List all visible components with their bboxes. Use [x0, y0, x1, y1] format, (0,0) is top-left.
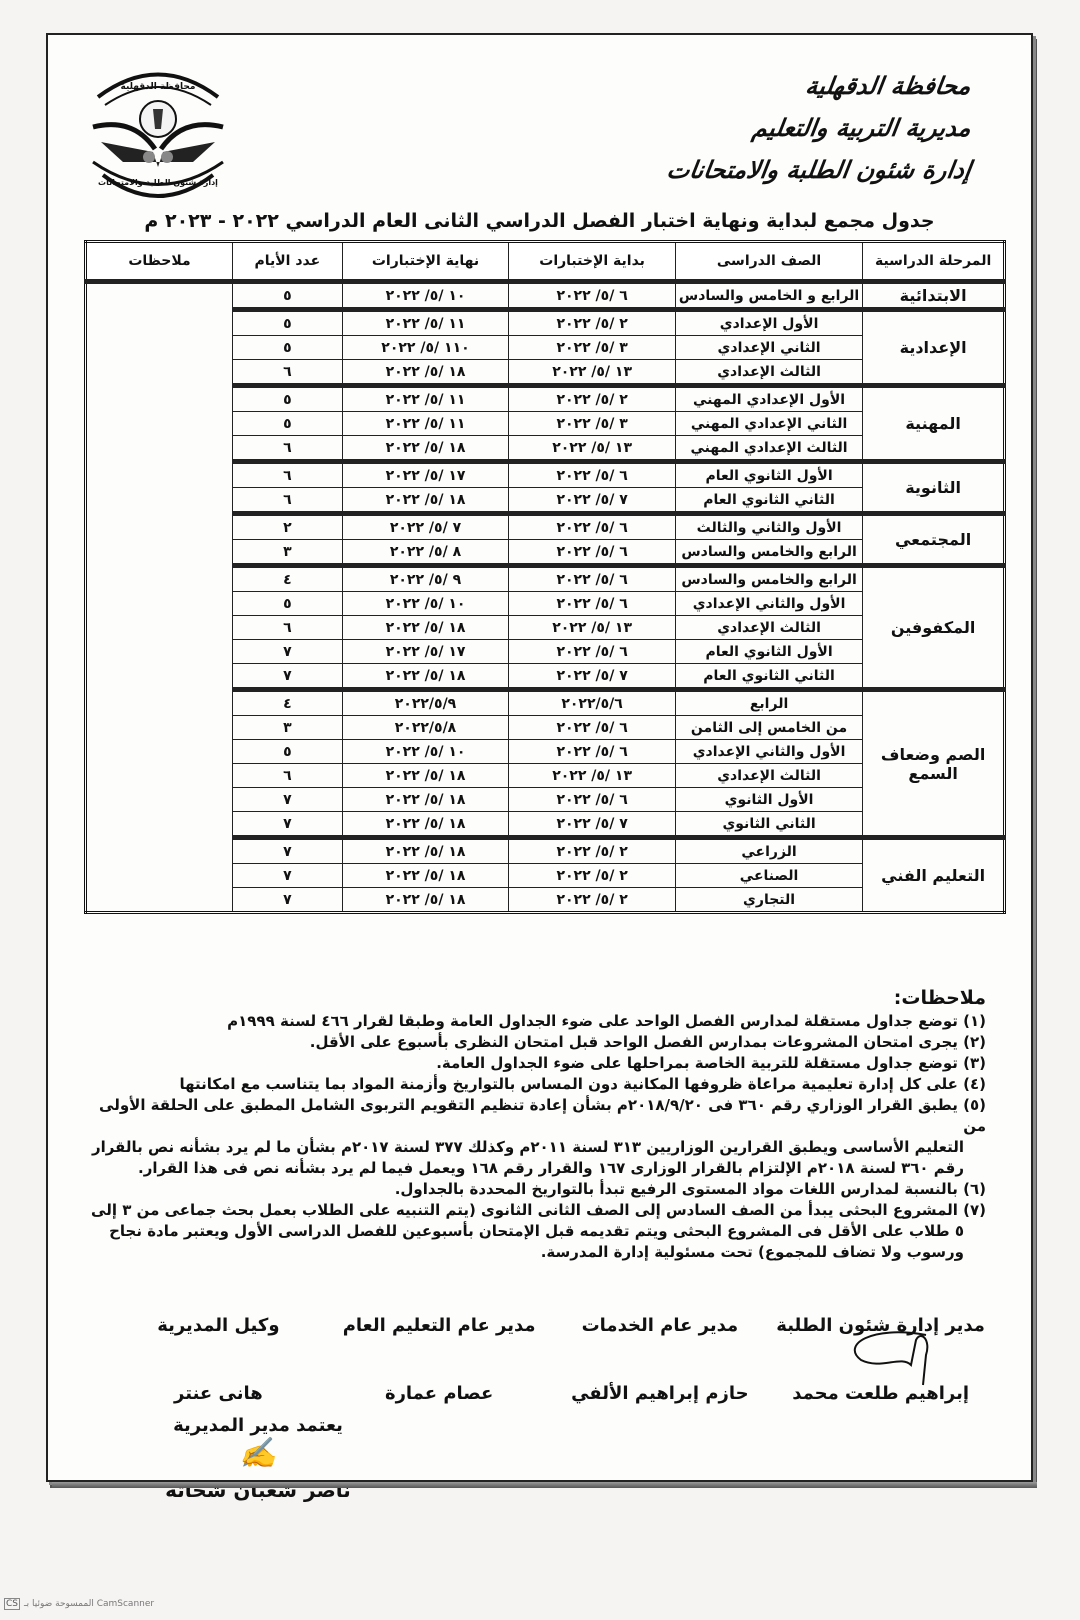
days-count-cell: ٤ [233, 690, 343, 716]
stage-cell: الإعدادية [863, 310, 1005, 386]
grade-cell: الأول الإعدادي [675, 310, 862, 336]
stage-cell: المجتمعي [863, 514, 1005, 566]
signatory-name-3: عصام عمارة [329, 1383, 550, 1404]
start-date-cell: ٧ /٥/ ٢٠٢٢ [509, 664, 676, 690]
grade-cell: الرابع و الخامس والسادس [675, 282, 862, 310]
start-date-cell: ١٣ /٥/ ٢٠٢٢ [509, 360, 676, 386]
end-date-cell: ١٨ /٥/ ٢٠٢٢ [342, 864, 509, 888]
grade-cell: الأول الإعدادي المهني [675, 386, 862, 412]
table-row: الابتدائيةالرابع و الخامس والسادس٦ /٥/ ٢… [86, 282, 1005, 310]
note-3: (٣) توضع جداول مستقلة للتربية الخاصة بمر… [86, 1053, 986, 1074]
days-count-cell: ٦ [233, 616, 343, 640]
grade-cell: الثاني الإعدادي [675, 336, 862, 360]
signatory-name-2: حازم إبراهيم الألفي [550, 1383, 771, 1404]
end-date-cell: ١٨ /٥/ ٢٠٢٢ [342, 888, 509, 913]
start-date-cell: ٦ /٥/ ٢٠٢٢ [509, 514, 676, 540]
grade-cell: من الخامس إلى الثامن [675, 716, 862, 740]
days-count-cell: ٦ [233, 764, 343, 788]
days-count-cell: ٥ [233, 592, 343, 616]
days-count-cell: ٦ [233, 360, 343, 386]
end-date-cell: ١١٠ /٥/ ٢٠٢٢ [342, 336, 509, 360]
col-header-stage: المرحلة الدراسية [863, 242, 1005, 282]
start-date-cell: ١٣ /٥/ ٢٠٢٢ [509, 436, 676, 462]
notes-heading: ملاحظات: [86, 988, 986, 1009]
note-5-cont-2: رقم ٣٦٠ لسنة ٢٠١٨م الإلتزام بالقرار الوز… [86, 1158, 986, 1179]
end-date-cell: ١٨ /٥/ ٢٠٢٢ [342, 764, 509, 788]
camscanner-logo-icon: CS [4, 1598, 20, 1610]
col-header-notes: ملاحظات [86, 242, 233, 282]
start-date-cell: ٣ /٥/ ٢٠٢٢ [509, 412, 676, 436]
grade-cell: الأول الثانوي العام [675, 462, 862, 488]
end-date-cell: ١٨ /٥/ ٢٠٢٢ [342, 664, 509, 690]
letterhead: محافظة الدقهلية مديرية التربية والتعليم … [667, 65, 971, 191]
end-date-cell: ١٧ /٥/ ٢٠٢٢ [342, 640, 509, 664]
grade-cell: التجاري [675, 888, 862, 913]
days-count-cell: ٦ [233, 462, 343, 488]
days-count-cell: ٥ [233, 336, 343, 360]
end-date-cell: ١٨ /٥/ ٢٠٢٢ [342, 838, 509, 864]
start-date-cell: ٦ /٥/ ٢٠٢٢ [509, 282, 676, 310]
grade-cell: الثالث الإعدادي [675, 764, 862, 788]
end-date-cell: ١٧ /٥/ ٢٠٢٢ [342, 462, 509, 488]
start-date-cell: ٣ /٥/ ٢٠٢٢ [509, 336, 676, 360]
grade-cell: الأول الثانوي العام [675, 640, 862, 664]
end-date-cell: ٧ /٥/ ٢٠٢٢ [342, 514, 509, 540]
grade-cell: الثاني الثانوي العام [675, 488, 862, 514]
days-count-cell: ٧ [233, 788, 343, 812]
stage-cell: المكفوفين [863, 566, 1005, 690]
start-date-cell: ١٣ /٥/ ٢٠٢٢ [509, 616, 676, 640]
grade-cell: الأول والثاني الإعدادي [675, 592, 862, 616]
approval-label: يعتمد مدير المديرية [158, 1415, 358, 1436]
document-page: محافظة الدقهلية مديرية التربية والتعليم … [46, 33, 1033, 1482]
days-count-cell: ٦ [233, 436, 343, 462]
grade-cell: الرابع [675, 690, 862, 716]
red-signature-icon: ✍ [158, 1436, 358, 1478]
start-date-cell: ٦ /٥/ ٢٠٢٢ [509, 566, 676, 592]
days-count-cell: ٥ [233, 310, 343, 336]
approval-name: ناصر شعبان شحاتة [158, 1478, 358, 1502]
start-date-cell: ٦ /٥/ ٢٠٢٢ [509, 462, 676, 488]
end-date-cell: ١١ /٥/ ٢٠٢٢ [342, 412, 509, 436]
end-date-cell: ١٨ /٥/ ٢٠٢٢ [342, 788, 509, 812]
svg-text:محافظة الدقهلية: محافظة الدقهلية [121, 82, 196, 92]
days-count-cell: ٦ [233, 488, 343, 514]
start-date-cell: ٧ /٥/ ٢٠٢٢ [509, 812, 676, 838]
document-title: جدول مجمع لبداية ونهاية اختبار الفصل الد… [48, 210, 1031, 232]
stage-cell: المهنية [863, 386, 1005, 462]
grade-cell: الصناعي [675, 864, 862, 888]
stage-cell: التعليم الفني [863, 838, 1005, 913]
days-count-cell: ٥ [233, 740, 343, 764]
end-date-cell: ١٨ /٥/ ٢٠٢٢ [342, 812, 509, 838]
note-5: (٥) يطبق القرار الوزاري رقم ٣٦٠ فى ٢٠١٨/… [86, 1095, 986, 1137]
days-count-cell: ٧ [233, 838, 343, 864]
start-date-cell: ٦ /٥/ ٢٠٢٢ [509, 640, 676, 664]
stage-cell: الابتدائية [863, 282, 1005, 310]
grade-cell: الرابع والخامس والسادس [675, 566, 862, 592]
days-count-cell: ٢ [233, 514, 343, 540]
grade-cell: الثاني الثانوي العام [675, 664, 862, 690]
start-date-cell: ٦ /٥/ ٢٠٢٢ [509, 740, 676, 764]
start-date-cell: ٧ /٥/ ٢٠٢٢ [509, 488, 676, 514]
end-date-cell: ٨ /٥/ ٢٠٢٢ [342, 540, 509, 566]
end-date-cell: ١١ /٥/ ٢٠٢٢ [342, 310, 509, 336]
col-header-days: عدد الأيام [233, 242, 343, 282]
end-date-cell: ١٨ /٥/ ٢٠٢٢ [342, 616, 509, 640]
end-date-cell: ١٨ /٥/ ٢٠٢٢ [342, 360, 509, 386]
days-count-cell: ٧ [233, 812, 343, 838]
days-count-cell: ٥ [233, 282, 343, 310]
end-date-cell: ١٨ /٥/ ٢٠٢٢ [342, 436, 509, 462]
start-date-cell: ٢ /٥/ ٢٠٢٢ [509, 838, 676, 864]
start-date-cell: ٢ /٥/ ٢٠٢٢ [509, 386, 676, 412]
note-7-cont-2: ورسوب ولا تضاف للمجموع) تحت مسئولية إدار… [86, 1242, 986, 1263]
end-date-cell: ٢٠٢٢/٥/٩ [342, 690, 509, 716]
grade-cell: الرابع والخامس والسادس [675, 540, 862, 566]
start-date-cell: ٦ /٥/ ٢٠٢٢ [509, 716, 676, 740]
start-date-cell: ٦ /٥/ ٢٠٢٢ [509, 540, 676, 566]
signatory-name-4: هانى عنتر [108, 1383, 329, 1404]
start-date-cell: ٢٠٢٢/٥/٦ [509, 690, 676, 716]
grade-cell: الثالث الإعدادي [675, 616, 862, 640]
start-date-cell: ٦ /٥/ ٢٠٢٢ [509, 592, 676, 616]
days-count-cell: ٧ [233, 864, 343, 888]
table-header-row: المرحلة الدراسية الصف الدراسى بداية الإخ… [86, 242, 1005, 282]
notes-column-cell [86, 282, 233, 913]
signatory-title-services: مدير عام الخدمات [550, 1315, 771, 1336]
grade-cell: الزراعي [675, 838, 862, 864]
grade-cell: الأول والثاني الإعدادي [675, 740, 862, 764]
stage-cell: الصم وضعاف السمع [863, 690, 1005, 838]
camscanner-watermark: CS الممسوحة ضوئيا بـ CamScanner [4, 1598, 154, 1610]
grade-cell: الثالث الإعدادي المهني [675, 436, 862, 462]
end-date-cell: ١٠ /٥/ ٢٠٢٢ [342, 282, 509, 310]
svg-text:إدارة شئون الطلبة والامتحانات: إدارة شئون الطلبة والامتحانات [98, 178, 218, 187]
note-2: (٢) يجرى امتحان المشروعات بمدارس الفصل ا… [86, 1032, 986, 1053]
note-7-cont-1: ٥ طلاب على الأقل فى المشروع البحثى ويتم … [86, 1221, 986, 1242]
end-date-cell: ٢٠٢٢/٥/٨ [342, 716, 509, 740]
start-date-cell: ٢ /٥/ ٢٠٢٢ [509, 310, 676, 336]
col-header-end: نهاية الإختبارات [342, 242, 509, 282]
exam-schedule-table: المرحلة الدراسية الصف الدراسى بداية الإخ… [84, 240, 1006, 914]
days-count-cell: ٧ [233, 888, 343, 913]
col-header-grade: الصف الدراسى [675, 242, 862, 282]
letterhead-governorate: محافظة الدقهلية [664, 65, 974, 107]
start-date-cell: ١٣ /٥/ ٢٠٢٢ [509, 764, 676, 788]
end-date-cell: ١٠ /٥/ ٢٠٢٢ [342, 592, 509, 616]
note-4: (٤) على كل إدارة تعليمية مراعاة ظروفها ا… [86, 1074, 986, 1095]
grade-cell: الثالث الإعدادي [675, 360, 862, 386]
letterhead-directorate: مديرية التربية والتعليم [664, 107, 974, 149]
signatory-title-deputy: وكيل المديرية [108, 1315, 329, 1336]
letterhead-department: إدارة شئون الطلبة والامتحانات [664, 149, 974, 191]
signatory-title-general-education: مدير عام التعليم العام [329, 1315, 550, 1336]
grade-cell: الثاني الثانوي [675, 812, 862, 838]
days-count-cell: ٧ [233, 664, 343, 690]
start-date-cell: ٢ /٥/ ٢٠٢٢ [509, 864, 676, 888]
handwritten-signature-icon [831, 1320, 951, 1390]
note-5-cont-1: التعليم الأساسى ويطبق القرارين الوزاريين… [86, 1137, 986, 1158]
note-7: (٧) المشروع البحثى يبدأ من الصف السادس إ… [86, 1200, 986, 1221]
note-6: (٦) بالنسبة لمدارس اللغات مواد المستوى ا… [86, 1179, 986, 1200]
days-count-cell: ٤ [233, 566, 343, 592]
grade-cell: الأول الثانوي [675, 788, 862, 812]
approval-block: يعتمد مدير المديرية ✍ ناصر شعبان شحاتة [158, 1415, 358, 1502]
grade-cell: الثاني الإعدادي المهني [675, 412, 862, 436]
end-date-cell: ١١ /٥/ ٢٠٢٢ [342, 386, 509, 412]
col-header-start: بداية الإختبارات [509, 242, 676, 282]
days-count-cell: ٣ [233, 716, 343, 740]
grade-cell: الأول والثاني والثالث [675, 514, 862, 540]
days-count-cell: ٣ [233, 540, 343, 566]
start-date-cell: ٢ /٥/ ٢٠٢٢ [509, 888, 676, 913]
start-date-cell: ٦ /٥/ ٢٠٢٢ [509, 788, 676, 812]
department-logo-icon: محافظة الدقهلية إدارة شئون الطلبة والامت… [83, 57, 233, 202]
note-1: (١) توضع جداول مستقلة لمدارس الفصل الواح… [86, 1011, 986, 1032]
days-count-cell: ٥ [233, 412, 343, 436]
end-date-cell: ١٨ /٥/ ٢٠٢٢ [342, 488, 509, 514]
stage-cell: الثانوية [863, 462, 1005, 514]
days-count-cell: ٧ [233, 640, 343, 664]
notes-section: ملاحظات: (١) توضع جداول مستقلة لمدارس ال… [86, 988, 986, 1263]
camscanner-text: الممسوحة ضوئيا بـ CamScanner [24, 1599, 154, 1609]
days-count-cell: ٥ [233, 386, 343, 412]
end-date-cell: ١٠ /٥/ ٢٠٢٢ [342, 740, 509, 764]
end-date-cell: ٩ /٥/ ٢٠٢٢ [342, 566, 509, 592]
